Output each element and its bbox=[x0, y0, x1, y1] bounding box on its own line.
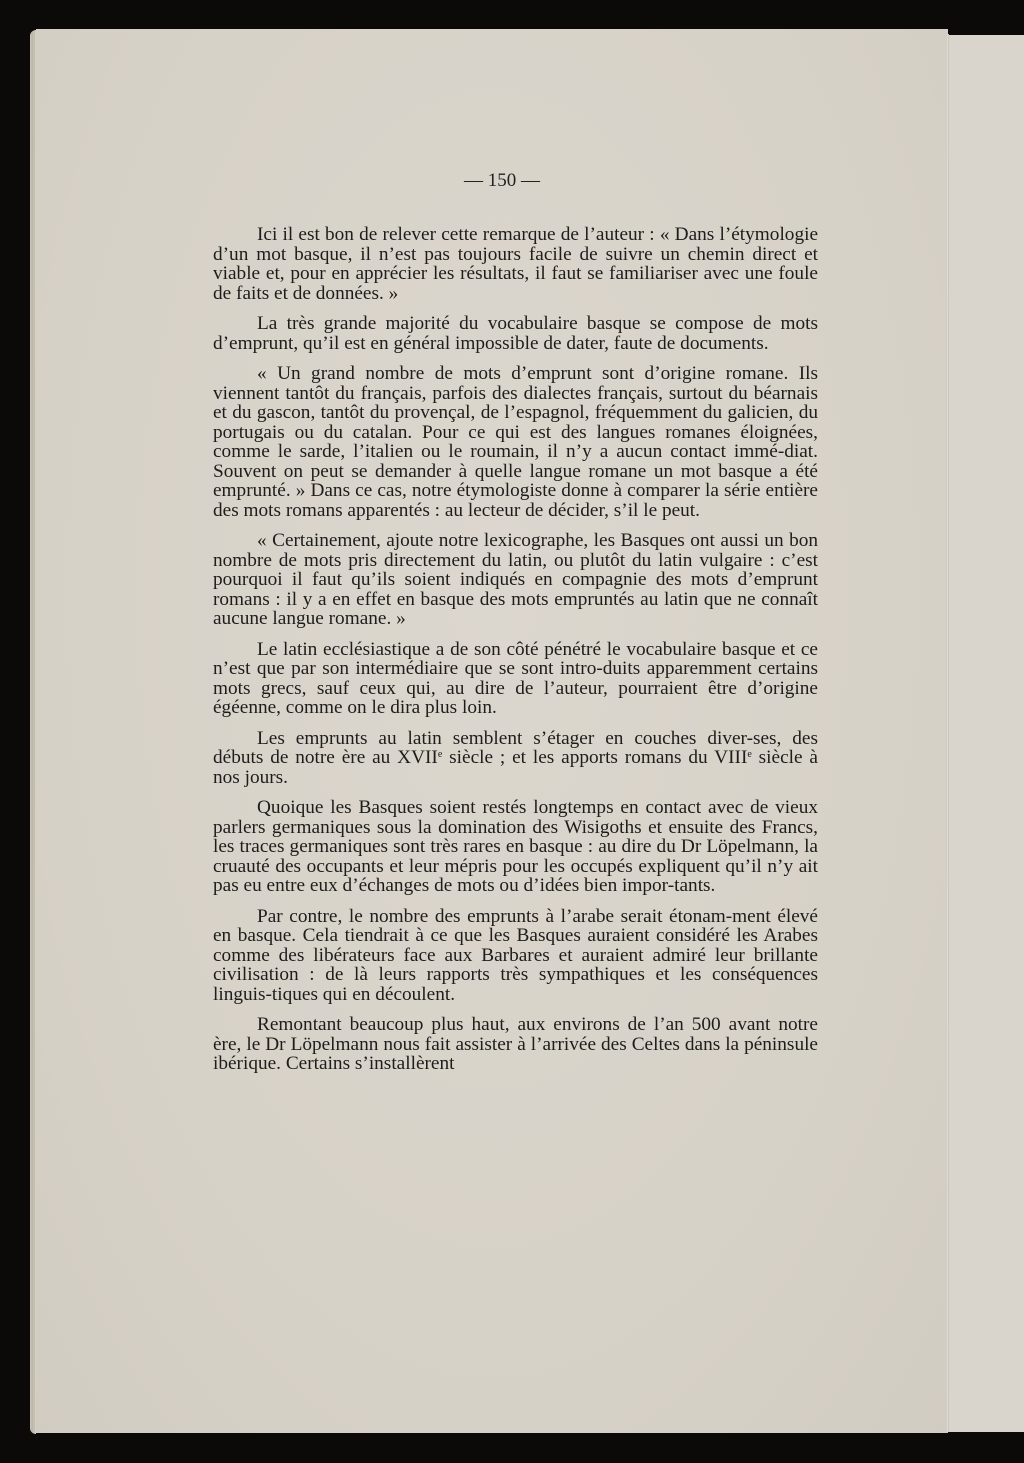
paragraph-text: siècle ; et les apports romans du VIII bbox=[442, 747, 747, 768]
paragraph: Ici il est bon de relever cette remarque… bbox=[213, 225, 818, 303]
paragraph: Quoique les Basques soient restés longte… bbox=[213, 798, 818, 896]
paragraph: Le latin ecclésiastique a de son côté pé… bbox=[213, 640, 818, 718]
paragraph: « Un grand nombre de mots d’emprunt sont… bbox=[213, 364, 818, 520]
paragraph: Remontant beaucoup plus haut, aux enviro… bbox=[213, 1015, 818, 1074]
body-text: Ici il est bon de relever cette remarque… bbox=[213, 225, 818, 1074]
paragraph: La très grande majorité du vocabulaire b… bbox=[213, 314, 818, 353]
paragraph: Les emprunts au latin semblent s’étager … bbox=[213, 729, 818, 788]
paragraph: Par contre, le nombre des emprunts à l’a… bbox=[213, 907, 818, 1005]
facing-page-edge bbox=[949, 35, 1024, 1432]
paragraph: « Certainement, ajoute notre lexicograph… bbox=[213, 531, 818, 629]
page-number: — 150 — bbox=[0, 170, 1014, 192]
